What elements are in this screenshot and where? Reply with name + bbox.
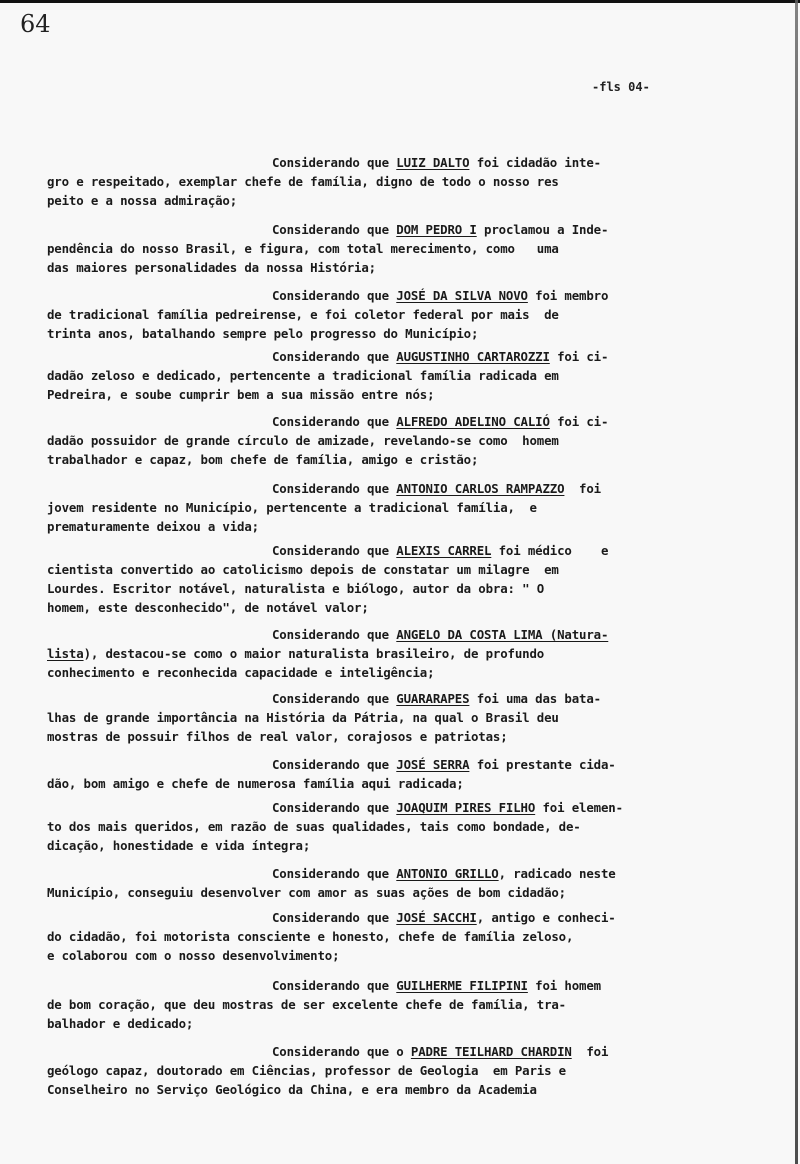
honoree-name: ALFREDO ADELINO CALIÓ <box>396 414 550 429</box>
paragraph-first-line: Considerando que JOSÉ SACCHI, antigo e c… <box>272 910 707 926</box>
paragraph-line: prematuramente deixou a vida; <box>47 519 707 535</box>
paragraph-line: das maiores personalidades da nossa Hist… <box>47 260 707 276</box>
paragraph-line: trabalhador e capaz, bom chefe de famíli… <box>47 452 707 468</box>
scan-top-border <box>0 0 800 3</box>
paragraph-line: Conselheiro no Serviço Geológico da Chin… <box>47 1082 707 1098</box>
honoree-name: LUIZ DALTO <box>396 155 469 170</box>
paragraph-first-line: Considerando que ALFREDO ADELINO CALIÓ f… <box>272 414 707 430</box>
paragraph-line: dadão zeloso e dedicado, pertencente a t… <box>47 368 707 384</box>
scan-right-edge <box>795 0 798 1164</box>
paragraph-first-line: Considerando que GUARARAPES foi uma das … <box>272 691 707 707</box>
paragraph-line: lista), destacou-se como o maior natural… <box>47 646 707 662</box>
honoree-name: ANGELO DA COSTA LIMA (Natura- <box>396 627 608 642</box>
honoree-name: lista <box>47 646 84 661</box>
paragraph-line: Pedreira, e soube cumprir bem a sua miss… <box>47 387 707 403</box>
paragraph-first-line: Considerando que ALEXIS CARREL foi médic… <box>272 543 707 559</box>
honoree-name: JOSÉ SERRA <box>396 757 469 772</box>
honoree-name: AUGUSTINHO CARTAROZZI <box>396 349 550 364</box>
folio-label: -fls 04- <box>592 80 650 94</box>
paragraph-line: trinta anos, batalhando sempre pelo prog… <box>47 326 707 342</box>
paragraph-line: Lourdes. Escritor notável, naturalista e… <box>47 581 707 597</box>
paragraph-line: de bom coração, que deu mostras de ser e… <box>47 997 707 1013</box>
paragraph-line: homem, este desconhecido", de notável va… <box>47 600 707 616</box>
paragraph-line: balhador e dedicado; <box>47 1016 707 1032</box>
paragraph-first-line: Considerando que o PADRE TEILHARD CHARDI… <box>272 1044 707 1060</box>
paragraph-line: to dos mais queridos, em razão de suas q… <box>47 819 707 835</box>
paragraph-line: dão, bom amigo e chefe de numerosa famíl… <box>47 776 707 792</box>
paragraph-line: dadão possuidor de grande círculo de ami… <box>47 433 707 449</box>
honoree-name: PADRE TEILHARD CHARDIN <box>411 1044 572 1059</box>
paragraph-line: gro e respeitado, exemplar chefe de famí… <box>47 174 707 190</box>
paragraph-first-line: Considerando que AUGUSTINHO CARTAROZZI f… <box>272 349 707 365</box>
paragraph-line: de tradicional família pedreirense, e fo… <box>47 307 707 323</box>
paragraph-first-line: Considerando que JOSÉ DA SILVA NOVO foi … <box>272 288 707 304</box>
paragraph-first-line: Considerando que ANTONIO CARLOS RAMPAZZO… <box>272 481 707 497</box>
paragraph-line: Município, conseguiu desenvolver com amo… <box>47 885 707 901</box>
paragraph-line: peito e a nossa admiração; <box>47 193 707 209</box>
paragraph-line: jovem residente no Município, pertencent… <box>47 500 707 516</box>
paragraph-first-line: Considerando que JOSÉ SERRA foi prestant… <box>272 757 707 773</box>
paragraph-line: dicação, honestidade e vida íntegra; <box>47 838 707 854</box>
honoree-name: JOAQUIM PIRES FILHO <box>396 800 535 815</box>
paragraph-line: cientista convertido ao catolicismo depo… <box>47 562 707 578</box>
honoree-name: ALEXIS CARREL <box>396 543 491 558</box>
paragraph-line: mostras de possuir filhos de real valor,… <box>47 729 707 745</box>
paragraph-first-line: Considerando que JOAQUIM PIRES FILHO foi… <box>272 800 707 816</box>
paragraph-line: do cidadão, foi motorista consciente e h… <box>47 929 707 945</box>
honoree-name: GUARARAPES <box>396 691 469 706</box>
honoree-name: GUILHERME FILIPINI <box>396 978 528 993</box>
paragraph-first-line: Considerando que ANTONIO GRILLO, radicad… <box>272 866 707 882</box>
page-number: 64 <box>20 10 51 38</box>
honoree-name: ANTONIO CARLOS RAMPAZZO <box>396 481 564 496</box>
paragraph-line: geólogo capaz, doutorado em Ciências, pr… <box>47 1063 707 1079</box>
paragraph-line: pendência do nosso Brasil, e figura, com… <box>47 241 707 257</box>
honoree-name: ANTONIO GRILLO <box>396 866 498 881</box>
paragraph-first-line: Considerando que DOM PEDRO I proclamou a… <box>272 222 707 238</box>
paragraph-first-line: Considerando que GUILHERME FILIPINI foi … <box>272 978 707 994</box>
paragraph-first-line: Considerando que ANGELO DA COSTA LIMA (N… <box>272 627 707 643</box>
paragraph-line: lhas de grande importância na História d… <box>47 710 707 726</box>
honoree-name: JOSÉ DA SILVA NOVO <box>396 288 528 303</box>
paragraph-line: e colaborou com o nosso desenvolvimento; <box>47 948 707 964</box>
honoree-name: JOSÉ SACCHI <box>396 910 476 925</box>
paragraph-line: conhecimento e reconhecida capacidade e … <box>47 665 707 681</box>
honoree-name: DOM PEDRO I <box>396 222 476 237</box>
paragraph-first-line: Considerando que LUIZ DALTO foi cidadão … <box>272 155 707 171</box>
